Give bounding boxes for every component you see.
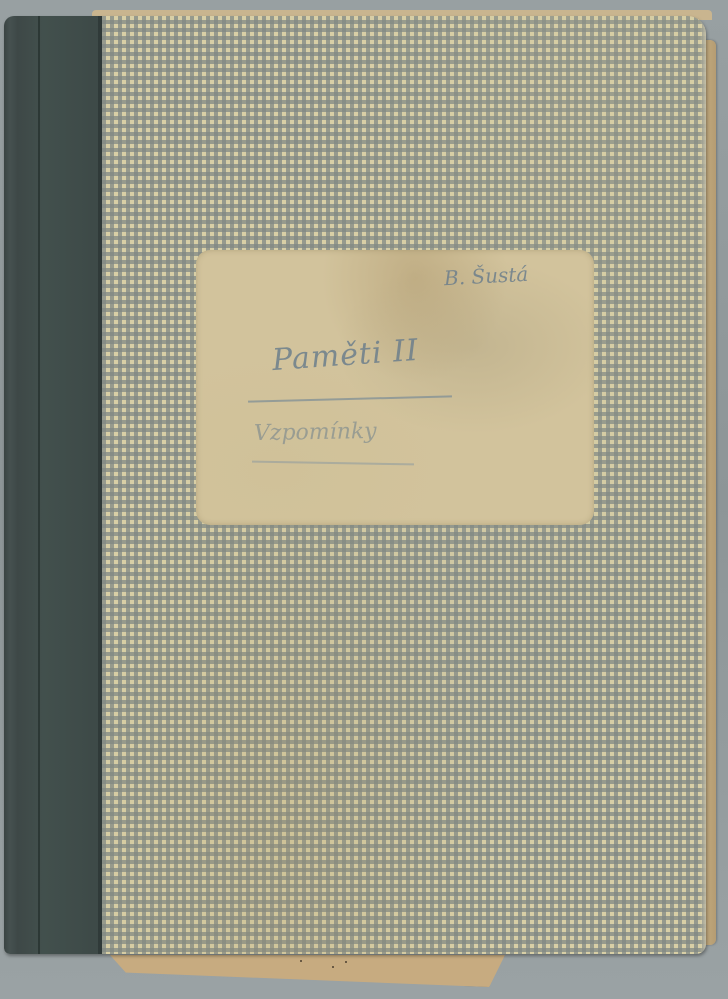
author-handwriting: B. Šustá	[443, 262, 528, 290]
paper-speck	[332, 966, 334, 968]
board-worn-edge	[700, 16, 706, 954]
cover-label: B. Šustá Paměti II Vzpomínky	[196, 250, 594, 525]
spine-groove	[38, 16, 40, 954]
title-handwriting: Paměti II	[271, 333, 420, 378]
subtitle-handwriting: Vzpomínky	[254, 419, 377, 446]
paper-speck	[300, 960, 302, 962]
spine	[4, 16, 102, 954]
title-underline	[248, 395, 452, 402]
paper-speck	[345, 961, 347, 963]
subtitle-underline	[252, 461, 414, 465]
